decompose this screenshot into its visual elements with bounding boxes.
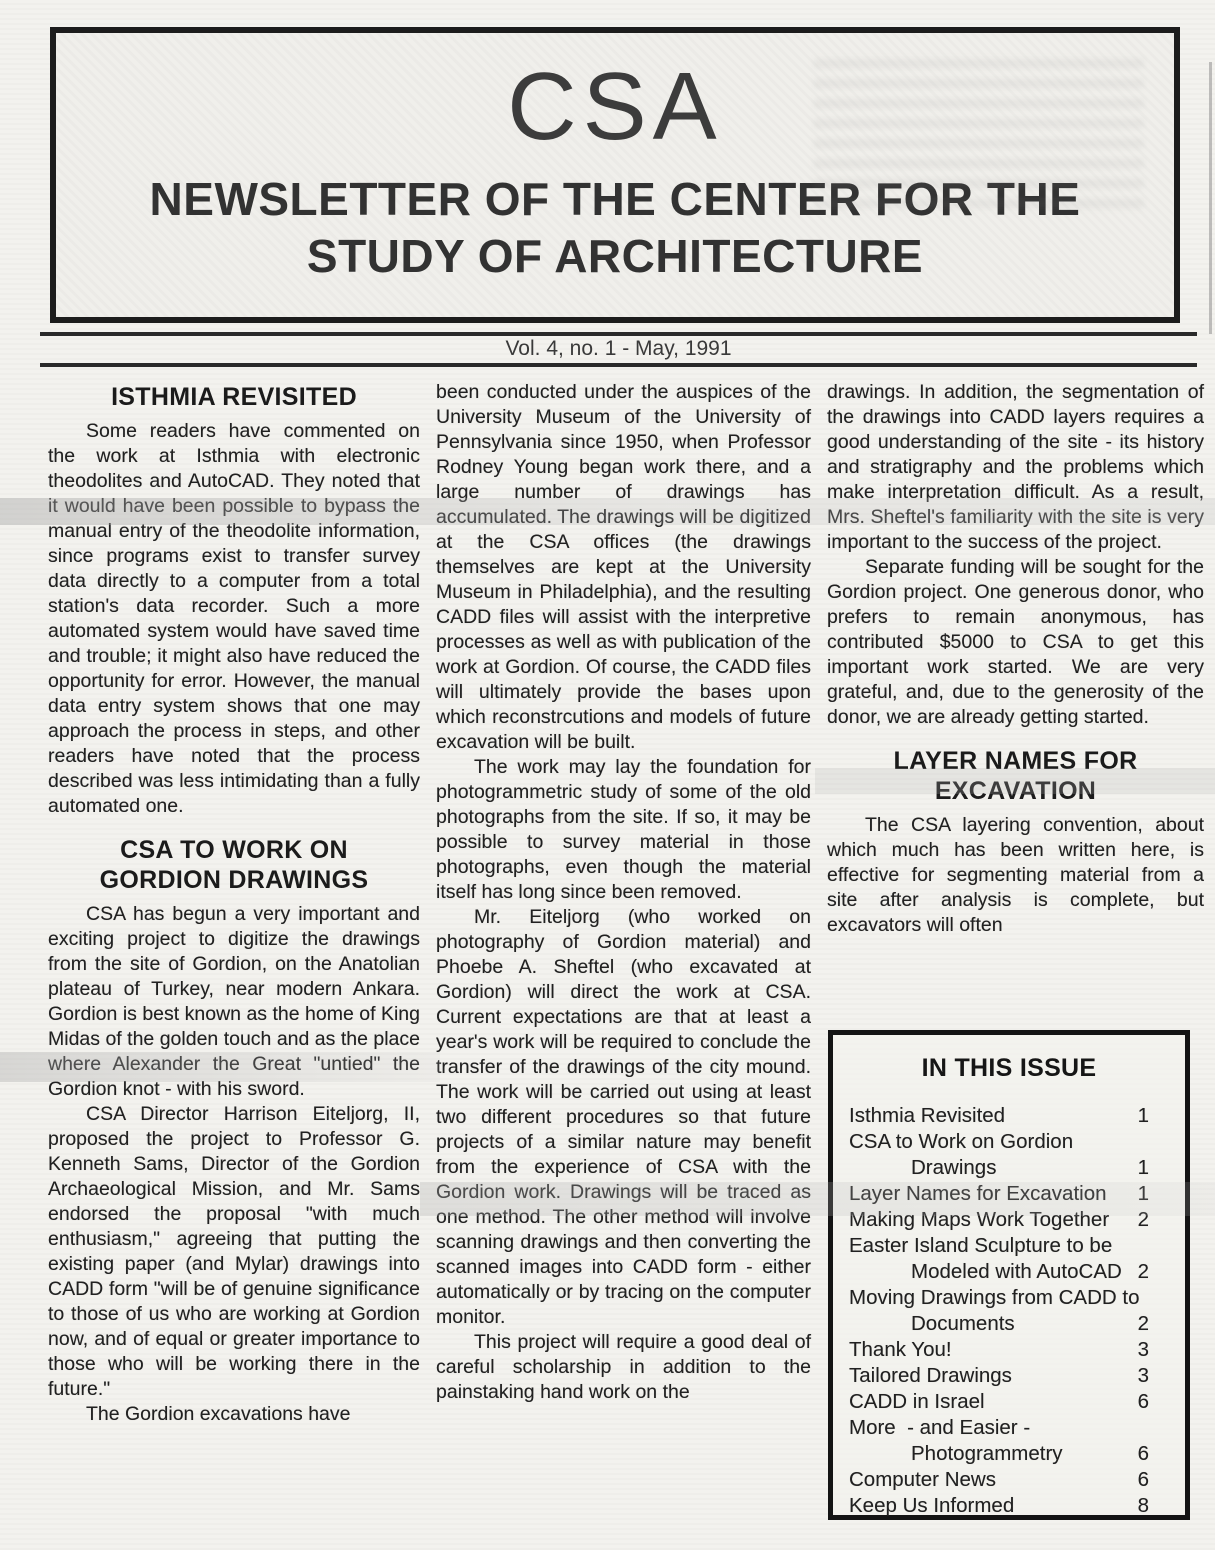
toc-entry-label-continued: Modeled with AutoCAD (849, 1259, 1127, 1285)
column-1: ISTHMIA REVISITED Some readers have comm… (48, 380, 420, 1540)
article-paragraph: The Gordion excavations have (48, 1402, 420, 1427)
newsletter-title-line2: STUDY OF ARCHITECTURE (56, 228, 1174, 285)
toc-entry: Moving Drawings from CADD to Documents 2 (849, 1285, 1169, 1337)
article-heading-gordion-line1: CSA TO WORK ON (48, 835, 420, 865)
toc-entry-page: 2 (1127, 1311, 1149, 1337)
article-heading-gordion: CSA TO WORK ON GORDION DRAWINGS (48, 835, 420, 895)
toc-entry-label: Isthmia Revisited (849, 1103, 1127, 1129)
toc-entry: Thank You! 3 (849, 1337, 1169, 1363)
toc-entry-label-continued: Photogrammetry (849, 1441, 1127, 1467)
toc-entry-page: 1 (1127, 1155, 1149, 1181)
article-paragraph: The CSA layering convention, about which… (827, 813, 1204, 938)
toc-entry: Computer News 6 (849, 1467, 1169, 1493)
article-heading-gordion-line2: GORDION DRAWINGS (48, 865, 420, 895)
article-paragraph: drawings. In addition, the segmentation … (827, 380, 1204, 555)
toc-entry-label: Layer Names for Excavation (849, 1181, 1127, 1207)
article-paragraph: been conducted under the auspices of the… (436, 380, 811, 755)
scan-bleedthrough-artifact (814, 58, 1144, 208)
article-paragraph: Mr. Eiteljorg (who worked on photography… (436, 905, 811, 1330)
toc-entry-label: Easter Island Sculpture to be (849, 1233, 1169, 1259)
toc-entry-label: More - and Easier - (849, 1415, 1169, 1441)
article-heading-isthmia: ISTHMIA REVISITED (48, 382, 420, 412)
article-heading-layer-names-line2: EXCAVATION (827, 776, 1204, 806)
toc-entry-page: 3 (1127, 1337, 1149, 1363)
toc-entry: Isthmia Revisited 1 (849, 1103, 1169, 1129)
article-paragraph: Separate funding will be sought for the … (827, 555, 1204, 730)
in-this-issue-box: IN THIS ISSUE Isthmia Revisited 1 CSA to… (828, 1030, 1190, 1520)
article-paragraph: This project will require a good deal of… (436, 1330, 811, 1405)
toc-entry-page: 2 (1127, 1259, 1149, 1285)
toc-entry-label: Computer News (849, 1467, 1127, 1493)
toc-entry: Making Maps Work Together 2 (849, 1207, 1169, 1233)
toc-entry-label: Making Maps Work Together (849, 1207, 1127, 1233)
toc-entry-page: 6 (1127, 1389, 1149, 1415)
toc-entry-label: CADD in Israel (849, 1389, 1127, 1415)
toc-entry-label: Thank You! (849, 1337, 1127, 1363)
newsletter-page: CSA NEWSLETTER OF THE CENTER FOR THE STU… (0, 0, 1215, 1550)
column-2: been conducted under the auspices of the… (436, 380, 811, 1540)
issue-banner: Vol. 4, no. 1 - May, 1991 (40, 332, 1197, 367)
toc-entry-page: 1 (1127, 1181, 1149, 1207)
toc-entry-page: 6 (1127, 1467, 1149, 1493)
toc-entry-page: 3 (1127, 1363, 1149, 1389)
toc-entry: More - and Easier - Photogrammetry 6 (849, 1415, 1169, 1467)
toc-entry: CADD in Israel 6 (849, 1389, 1169, 1415)
toc-entry: Layer Names for Excavation 1 (849, 1181, 1169, 1207)
scan-edge-artifact (1209, 62, 1212, 334)
toc-entry-page: 8 (1127, 1493, 1149, 1519)
toc-entry-label: Tailored Drawings (849, 1363, 1127, 1389)
article-heading-layer-names-line1: LAYER NAMES FOR (827, 746, 1204, 776)
article-paragraph: Some readers have commented on the work … (48, 419, 420, 819)
toc-entry: Tailored Drawings 3 (849, 1363, 1169, 1389)
article-heading-layer-names: LAYER NAMES FOR EXCAVATION (827, 746, 1204, 806)
toc-entry-page: 1 (1127, 1103, 1149, 1129)
toc-entry-label: CSA to Work on Gordion (849, 1129, 1169, 1155)
toc-entry-label-continued: Documents (849, 1311, 1127, 1337)
toc-entry-label: Keep Us Informed (849, 1493, 1127, 1519)
article-paragraph: The work may lay the foundation for phot… (436, 755, 811, 905)
toc-entry-label: Moving Drawings from CADD to (849, 1285, 1169, 1311)
article-paragraph: CSA Director Harrison Eiteljorg, II, pro… (48, 1102, 420, 1402)
toc-entry: CSA to Work on Gordion Drawings 1 (849, 1129, 1169, 1181)
toc-entry: Easter Island Sculpture to be Modeled wi… (849, 1233, 1169, 1285)
masthead-box: CSA NEWSLETTER OF THE CENTER FOR THE STU… (50, 27, 1180, 323)
toc-entry-page: 2 (1127, 1207, 1149, 1233)
toc-entry-page: 6 (1127, 1441, 1149, 1467)
toc-title: IN THIS ISSUE (849, 1053, 1169, 1083)
article-paragraph: CSA has begun a very important and excit… (48, 902, 420, 1102)
toc-entry-label-continued: Drawings (849, 1155, 1127, 1181)
toc-entry: Keep Us Informed 8 (849, 1493, 1169, 1519)
